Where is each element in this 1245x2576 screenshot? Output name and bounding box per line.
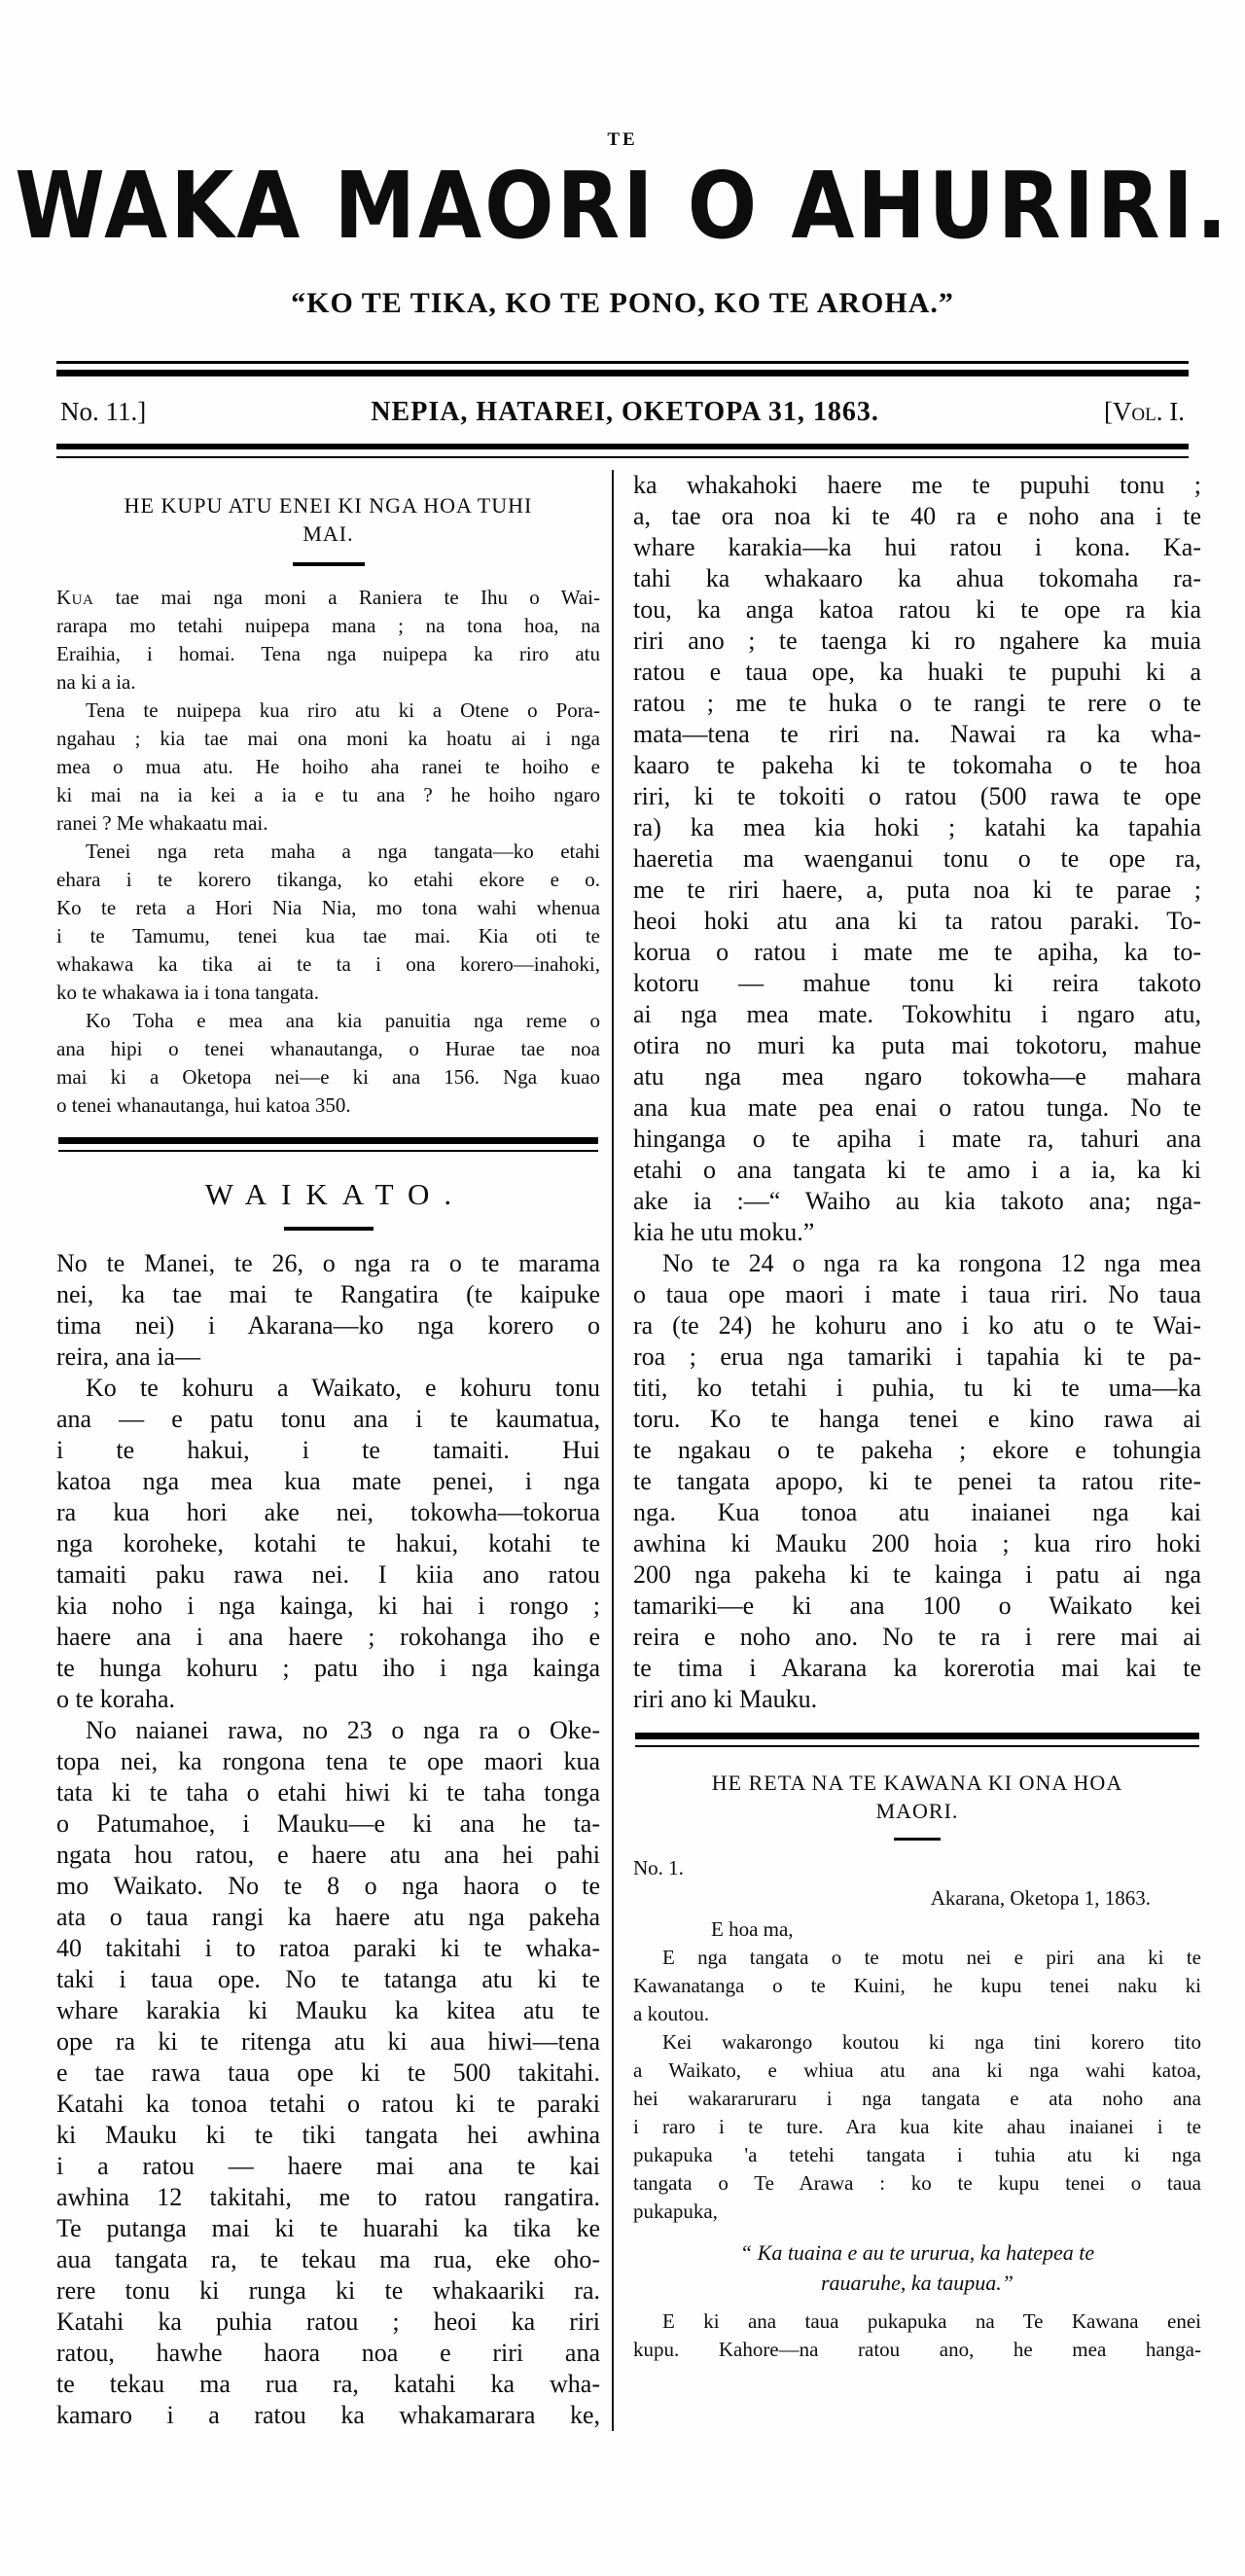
text-line: ratou, hawhe haora noa e riri ana [56, 2338, 600, 2369]
text-line: tamaiti paku rawa nei. I kiia ano ratou [56, 1559, 600, 1591]
text-line: ra kua hori ake nei, tokowha—tokorua [56, 1497, 600, 1528]
text-line: na ki a ia. [56, 668, 600, 697]
text-line: ki mai na ia kei a ia e tu ana ? he hoih… [56, 781, 600, 809]
text-line: Katahi ka puhia ratou ; heoi ka riri [56, 2307, 600, 2338]
text-line: Tenei nga reta maha a nga tangata—ko eta… [56, 838, 600, 866]
text-line: haeretia ma waenganui tonu o te ope ra, [633, 843, 1201, 875]
quote-line: “ Ka tuaina e au te ururua, ka hatepea t… [633, 2237, 1201, 2268]
text-line: pukapuka 'a tetehi tangata i tuhia atu k… [633, 2141, 1201, 2169]
text-line: aua tangata ra, te tekau ma rua, eke oho… [56, 2244, 600, 2275]
letter-salutation: E hoa ma, [633, 1915, 1201, 1944]
left-column: HE KUPU ATU ENEI KI NGA HOA TUHIMAI.Kua … [56, 470, 614, 2431]
section-heading: HE KUPU ATU ENEI KI NGA HOA TUHIMAI. [56, 491, 600, 548]
text-line: tamariki—e ki ana 100 o Waikato kei [633, 1591, 1201, 1622]
letter-number-line: No. 1. [633, 1854, 1201, 1882]
issue-number: No. 11.] [60, 397, 146, 427]
text-line: whare karakia—ka hui ratou i kona. Ka- [633, 532, 1201, 563]
text-line: whare karakia ki Mauku ka kitea atu te [56, 1995, 600, 2026]
text-line: ranei ? Me whakaatu mai. [56, 809, 600, 838]
dateline: No. 11.] NEPIA, HATAREI, OKETOPA 31, 186… [56, 376, 1189, 444]
text-line: ana hipi o tenei whanautanga, o Hurae ta… [56, 1035, 600, 1063]
text-line: titi, ko tetahi i puhia, tu ki te uma—ka [633, 1373, 1201, 1404]
text-line: ata o taua rangi ka haere atu nga pakeha [56, 1902, 600, 1933]
text-line: kaaro te pakeha ki te tokomaha o te hoa [633, 750, 1201, 781]
text-line: tima nei) i Akarana—ko nga korero o [56, 1310, 600, 1342]
heading-underline-rule [894, 1838, 941, 1841]
text-line: ra (te 24) he kohuru ano i ko atu o te W… [633, 1310, 1201, 1342]
text-line: Ko te reta a Hori Nia Nia, mo tona wahi … [56, 894, 600, 922]
heading-underline-rule [293, 562, 365, 566]
text-line: etahi o ana tangata ki te amo i a ia, ka… [633, 1155, 1201, 1186]
text-line: ki Mauku ki te tiki tangata hei awhina [56, 2120, 600, 2151]
text-line: No te 24 o nga ra ka rongona 12 nga mea [633, 1248, 1201, 1279]
text-line: me te riri haere, a, puta noa ki te para… [633, 875, 1201, 906]
text-line: No naianei rawa, no 23 o nga ra o Oke- [56, 1715, 600, 1746]
text-line: te ngakau o te pakeha ; ekore e tohungia [633, 1435, 1201, 1466]
text-line: reira e noho ano. No te ra i rere mai ai [633, 1622, 1201, 1653]
paragraph: E ki ana taua pukapuka na Te Kawana enei… [633, 2308, 1201, 2364]
text-line: te tima i Akarana ka korerotia mai kai t… [633, 1653, 1201, 1684]
text-line: awhina 12 takitahi, me to ratou rangatir… [56, 2182, 600, 2213]
text-line: kia he utu moku.” [633, 1217, 1201, 1248]
text-line: te tekau ma rua ra, katahi ka wha- [56, 2369, 600, 2400]
text-line: Kei wakarongo koutou ki nga tini korero … [633, 2028, 1201, 2057]
text-line: haere ana i ana haere ; rokohanga iho e [56, 1622, 600, 1653]
text-line: roa ; erua nga tamariki i tapahia ki te … [633, 1342, 1201, 1373]
text-line: Kawanatanga o te Kuini, he kupu tenei na… [633, 1972, 1201, 2000]
text-line: awhina ki Mauku 200 hoia ; kua riro hoki [633, 1528, 1201, 1559]
text-line: tou, ka anga katoa ratou ki te ope ra ki… [633, 594, 1201, 626]
text-line: ra) ka mea kia hoki ; katahi ka tapahia [633, 812, 1201, 843]
text-line: topa nei, ka rongona tena te ope maori k… [56, 1746, 600, 1777]
text-line: a, tae ora noa ki te 40 ra e noho ana i … [633, 501, 1201, 532]
text-line: o tenei whanautanga, hui katoa 350. [56, 1091, 600, 1120]
text-line: E ki ana taua pukapuka na Te Kawana enei [633, 2308, 1201, 2336]
text-line: rere tonu ki runga ki te whakaariki ra. [56, 2275, 600, 2307]
text-line: ope ra ki te ritenga atu ki aua hiwi—ten… [56, 2026, 600, 2057]
text-line: te tangata apopo, ki te penei ta ratou r… [633, 1466, 1201, 1497]
text-line: ngahau ; kia tae mai ona moni ka hoatu a… [56, 725, 600, 753]
masthead-kicker: TE [0, 0, 1245, 151]
text-line: Ko te kohuru a Waikato, e kohuru tonu [56, 1373, 600, 1404]
text-line: Katahi ka tonoa tetahi o ratou ki te par… [56, 2089, 600, 2120]
text-line: riri ano ; te taenga ki ro ngahere ka mu… [633, 626, 1201, 657]
section-separator-rule [635, 1733, 1199, 1747]
section-heading: WAIKATO. [56, 1177, 600, 1212]
text-line: atu nga mea ngaro tokowha—e mahara [633, 1061, 1201, 1092]
text-line: ana — e patu tonu ana i te kaumatua, [56, 1404, 600, 1435]
text-line: o Patumahoe, i Mauku—e ki ana he ta- [56, 1808, 600, 1840]
paragraph: E nga tangata o te motu nei e piri ana k… [633, 1944, 1201, 2028]
text-columns: HE KUPU ATU ENEI KI NGA HOA TUHIMAI.Kua … [56, 470, 1201, 2431]
paragraph: Tenei nga reta maha a nga tangata—ko eta… [56, 838, 600, 1007]
header-double-rule-bottom [56, 444, 1189, 458]
text-line: ka whakahoki haere me te pupuhi tonu ; [633, 470, 1201, 501]
text-line: a Waikato, e whiua atu ana ki nga wahi k… [633, 2057, 1201, 2085]
paragraph: Ko Toha e mea ana kia panuitia nga reme … [56, 1007, 600, 1120]
paragraph: ka whakahoki haere me te pupuhi tonu ;a,… [633, 470, 1201, 1248]
text-line: hei wakararuraru i nga tangata e ata noh… [633, 2085, 1201, 2113]
text-line: te hunga kohuru ; patu iho i nga kainga [56, 1653, 600, 1684]
section-separator-rule [58, 1137, 598, 1152]
text-line: hinganga o te apiha i mate ra, tahuri an… [633, 1124, 1201, 1155]
text-line: mai ki a Oketopa nei—e ki ana 156. Nga k… [56, 1063, 600, 1091]
quote-line: rauaruhe, ka taupua.” [633, 2268, 1201, 2298]
text-line: katoa nga mea kua mate penei, i nga [56, 1466, 600, 1497]
text-line: 200 nga pakeha ki te kainga i patu ai ng… [633, 1559, 1201, 1591]
text-line: riri, ki te tokoiti o ratou (500 rawa te… [633, 781, 1201, 812]
paragraph: Kei wakarongo koutou ki nga tini korero … [633, 2028, 1201, 2226]
text-line: i te hakui, i te tamaiti. Hui [56, 1435, 600, 1466]
header-double-rule-top [56, 361, 1189, 376]
paragraph: No te Manei, te 26, o nga ra o te marama… [56, 1248, 600, 1373]
text-line: ratou e taua ope, ka huaki te pupuhi ki … [633, 657, 1201, 688]
paragraph: No te 24 o nga ra ka rongona 12 nga meao… [633, 1248, 1201, 1715]
text-line: 40 takitahi i to ratoa paraki ki te whak… [56, 1933, 600, 1964]
text-line: mata—tena te riri na. Nawai ra ka wha- [633, 719, 1201, 750]
text-line: ake ia :—“ Waiho au kia takoto ana; nga- [633, 1186, 1201, 1217]
text-line: ko te whakawa ia i tona tangata. [56, 979, 600, 1007]
text-line: taki i taua ope. No te tatanga atu ki te [56, 1964, 600, 1995]
text-line: heoi hoki atu ana ki ta ratou paraki. To… [633, 906, 1201, 937]
text-line: o taua ope maori i mate i taua riri. No … [633, 1279, 1201, 1310]
heading-line: MAI. [56, 519, 600, 548]
heading-underline-rule [284, 1227, 373, 1231]
quoted-verse: “ Ka tuaina e au te ururua, ka hatepea t… [633, 2237, 1201, 2298]
text-line: reira, ana ia— [56, 1342, 600, 1373]
text-line: tata ki te taha o etahi hiwi ki te taha … [56, 1777, 600, 1808]
volume-number: [Vol. I. [1104, 397, 1185, 427]
masthead-title: WAKA MAORI O AHURIRI. [0, 151, 1245, 261]
right-column: ka whakahoki haere me te pupuhi tonu ;a,… [614, 470, 1201, 2431]
text-line: Tena te nuipepa kua riro atu ki a Otene … [56, 697, 600, 725]
text-line: rarapa mo tetahi nuipepa mana ; na tona … [56, 612, 600, 640]
text-line: i a ratou — haere mai ana te kai [56, 2151, 600, 2182]
text-line: tahi ka whakaaro ka ahua tokomaha ra- [633, 563, 1201, 594]
newspaper-page: TE WAKA MAORI O AHURIRI. “KO TE TIKA, KO… [0, 0, 1245, 2576]
text-line: a koutou. [633, 2000, 1201, 2028]
paragraph: Ko te kohuru a Waikato, e kohuru tonuana… [56, 1373, 600, 1715]
heading-line: HE KUPU ATU ENEI KI NGA HOA TUHI [56, 491, 600, 519]
text-line: nga. Kua tonoa atu inaianei nga kai [633, 1497, 1201, 1528]
text-line: Ko Toha e mea ana kia panuitia nga reme … [56, 1007, 600, 1035]
masthead-motto: “KO TE TIKA, KO TE PONO, KO TE AROHA.” [0, 287, 1245, 320]
text-line: korua o ratou i mate me te apiha, ka to- [633, 937, 1201, 968]
text-line: Kua tae mai nga moni a Raniera te Ihu o … [56, 584, 600, 612]
text-line: e tae rawa taua ope ki te 500 takitahi. [56, 2057, 600, 2089]
text-line: whakawa ka tika ai te ta i ona korero—in… [56, 950, 600, 979]
paragraph: No naianei rawa, no 23 o nga ra o Oke-to… [56, 1715, 600, 2431]
text-line: kia noho i nga kainga, ki hai i rongo ; [56, 1591, 600, 1622]
place-and-date: NEPIA, HATAREI, OKETOPA 31, 1863. [146, 397, 1104, 428]
text-line: toru. Ko te hanga tenei e kino rawa ai [633, 1404, 1201, 1435]
text-line: o te koraha. [56, 1684, 600, 1715]
text-line: No te Manei, te 26, o nga ra o te marama [56, 1248, 600, 1279]
text-line: mo Waikato. No te 8 o nga haora o te [56, 1871, 600, 1902]
text-line: kamaro i a ratou ka whakamarara ke, [56, 2400, 600, 2431]
letter-dateline: Akarana, Oketopa 1, 1863. [633, 1884, 1201, 1913]
text-line: i raro i te ture. Ara kua kite ahau inai… [633, 2113, 1201, 2141]
heading-line: HE RETA NA TE KAWANA KI ONA HOA [633, 1769, 1201, 1797]
text-line: Eraihia, i homai. Tena nga nuipepa ka ri… [56, 640, 600, 668]
text-line: ehara i te korero tikanga, ko etahi ekor… [56, 866, 600, 894]
text-line: tangata o Te Arawa : ko te kupu tenei o … [633, 2169, 1201, 2198]
text-line: ngata hou ratou, e haere atu ana hei pah… [56, 1840, 600, 1871]
text-line: kotoru — mahue tonu ki reira takoto [633, 968, 1201, 999]
text-line: E nga tangata o te motu nei e piri ana k… [633, 1944, 1201, 1972]
text-line: nei, ka tae mai te Rangatira (te kaipuke [56, 1279, 600, 1310]
text-line: Te putanga mai ki te huarahi ka tika ke [56, 2213, 600, 2244]
heading-line: WAIKATO. [56, 1177, 600, 1212]
paragraph: Kua tae mai nga moni a Raniera te Ihu o … [56, 584, 600, 697]
text-line: ratou ; me te huka o te rangi te rere o … [633, 688, 1201, 719]
text-line: riri ano ki Mauku. [633, 1684, 1201, 1715]
text-line: ai nga mea mate. Tokowhitu i ngaro atu, [633, 999, 1201, 1030]
section-heading: HE RETA NA TE KAWANA KI ONA HOAMAORI. [633, 1769, 1201, 1825]
heading-line: MAORI. [633, 1797, 1201, 1825]
lead-word: Kua [56, 586, 93, 609]
paragraph: Tena te nuipepa kua riro atu ki a Otene … [56, 697, 600, 838]
text-line: nga koroheke, kotahi te hakui, kotahi te [56, 1528, 600, 1559]
text-line: otira no muri ka puta mai tokotoru, mahu… [633, 1030, 1201, 1061]
text-line: kupu. Kahore—na ratou ano, he mea hanga- [633, 2336, 1201, 2364]
text-line: ana kua mate pea enai o ratou tunga. No … [633, 1092, 1201, 1124]
text-line: pukapuka, [633, 2198, 1201, 2226]
text-line: mea o mua atu. He hoiho aha ranei te hoi… [56, 753, 600, 781]
text-line: i te Tamumu, tenei kua tae mai. Kia oti … [56, 922, 600, 950]
